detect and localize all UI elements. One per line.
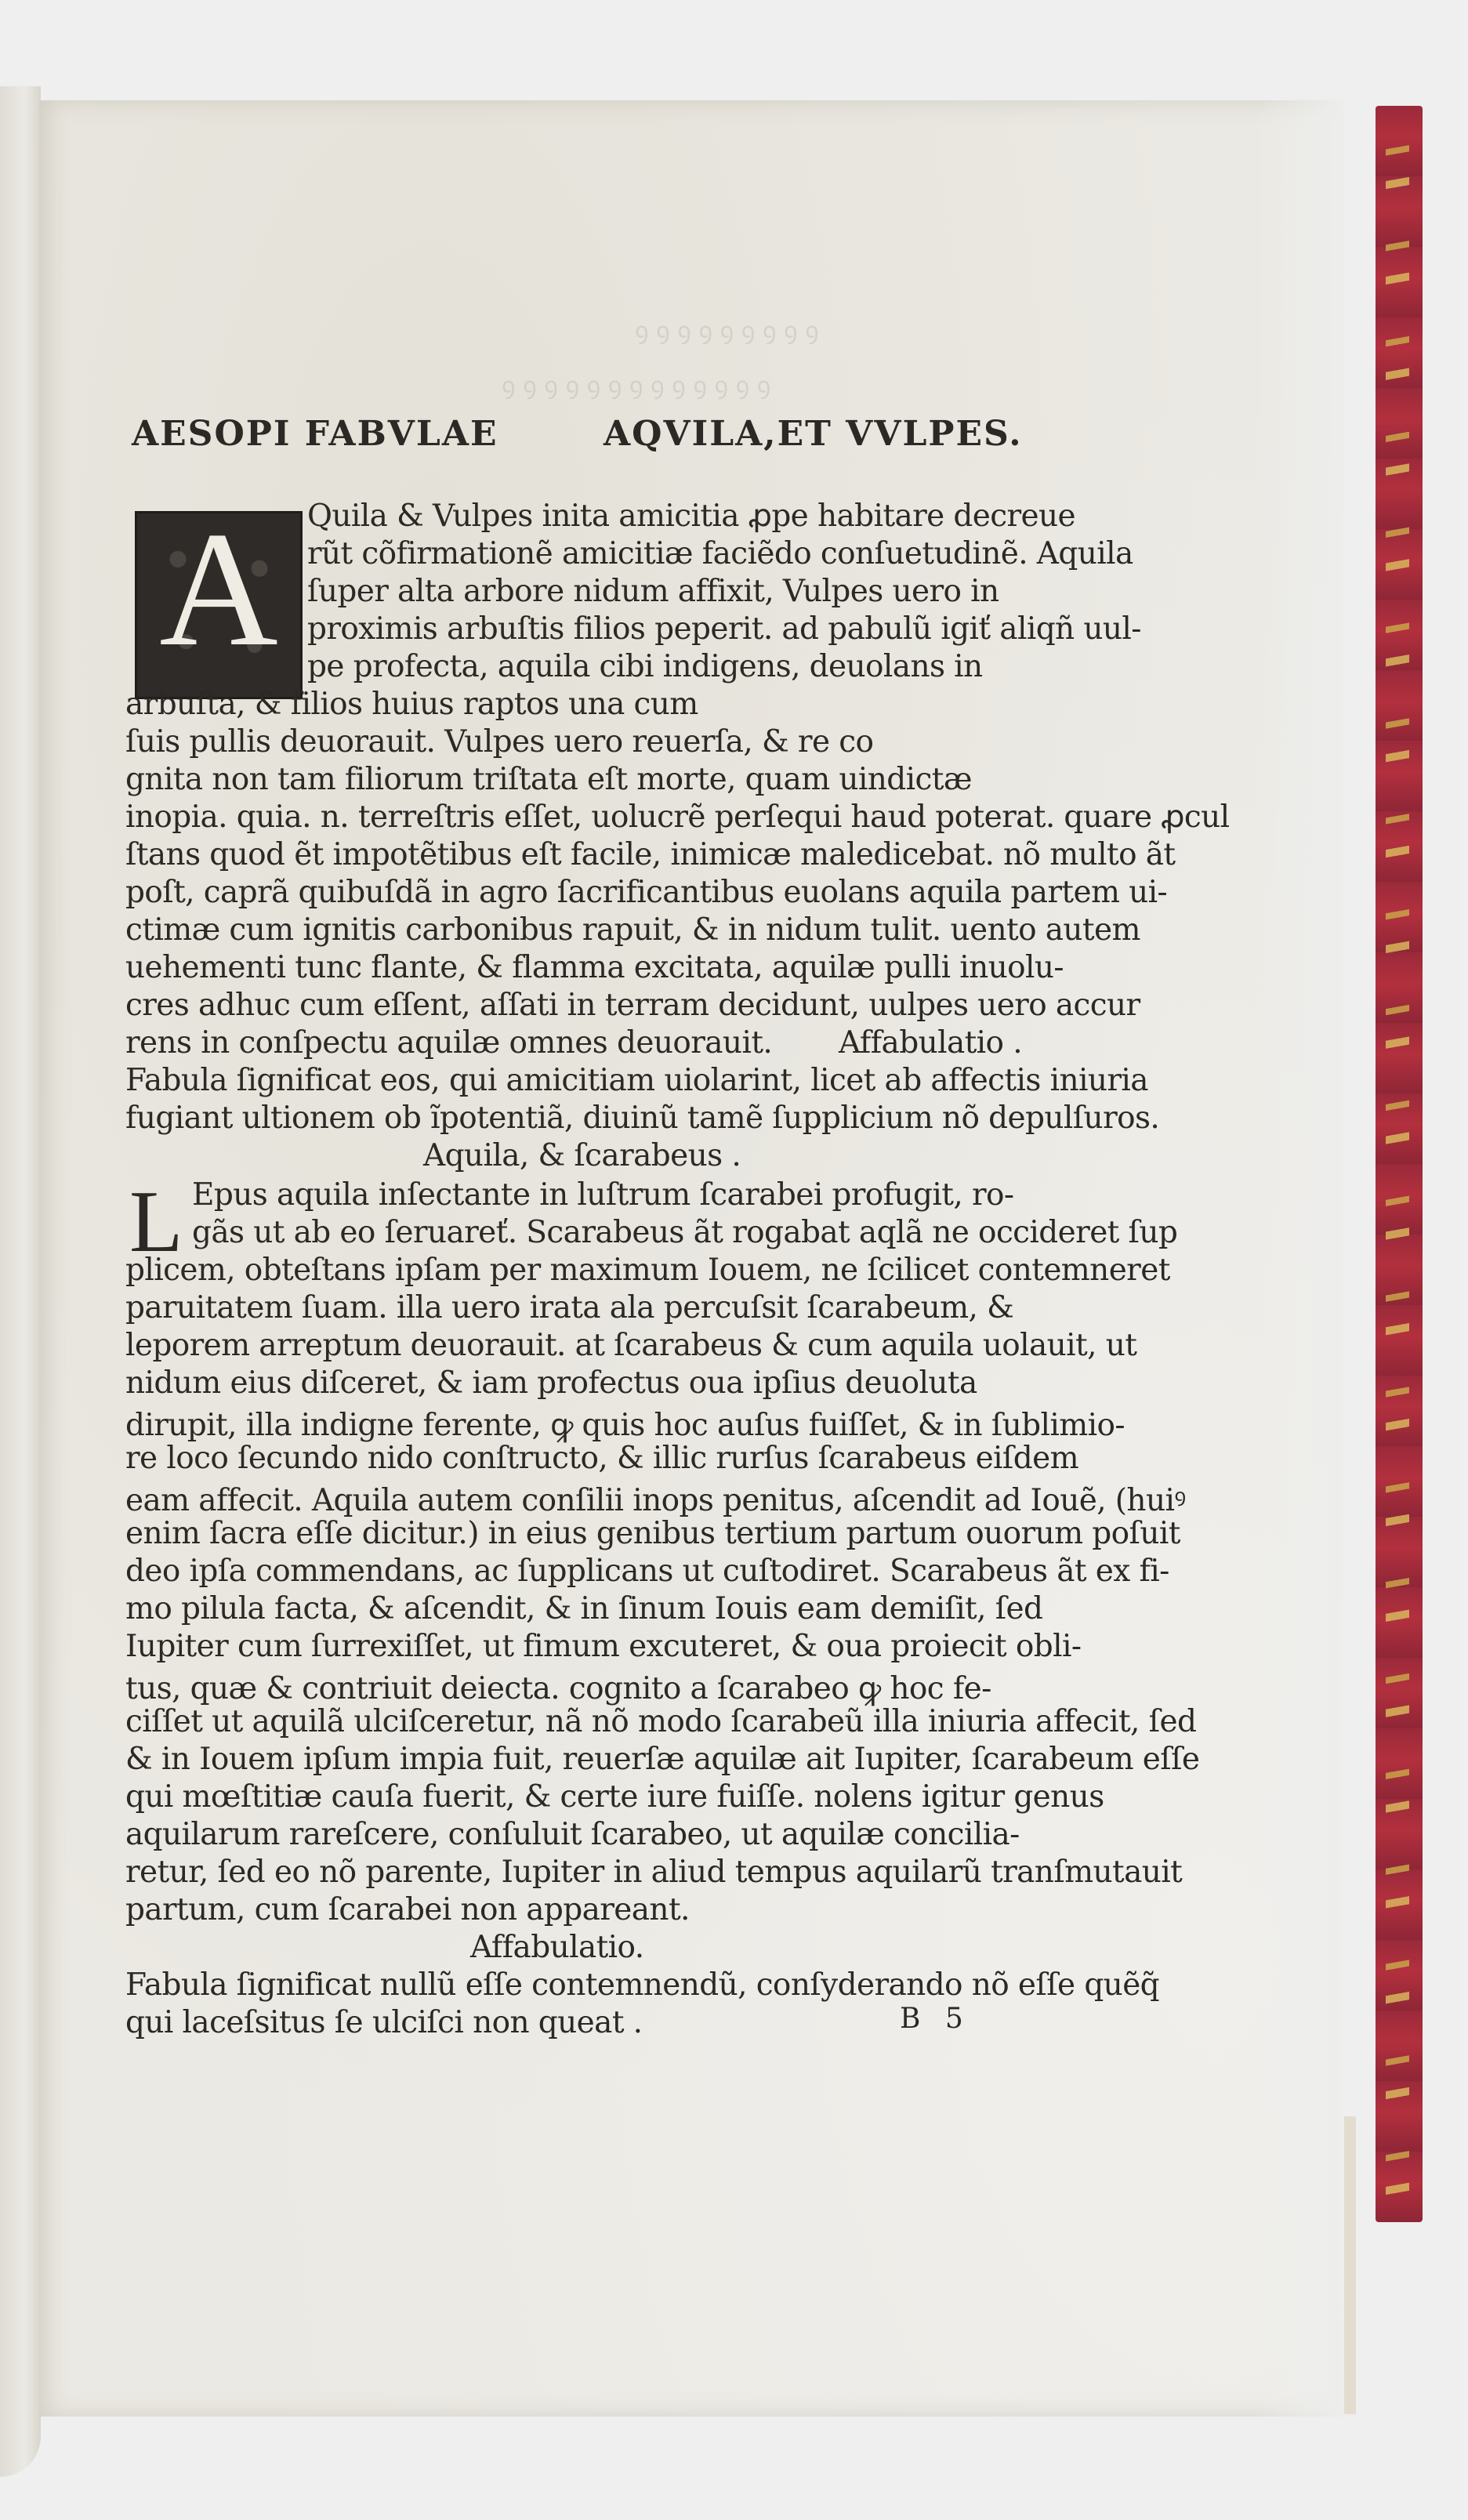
text-line: gãs ut ab eo ſeruareť. Scarabeus ãt roga… xyxy=(192,1215,1177,1250)
text-line: pe profecta, aquila cibi indigens, deuol… xyxy=(307,649,983,684)
woodcut-initial-a: A xyxy=(135,511,303,699)
left-page-edge xyxy=(0,86,41,2477)
text-line: ſtans quod ẽt impotẽtibus eſt facile, in… xyxy=(125,837,1175,872)
text-line: enim ſacra eſſe dicitur.) in eius genibu… xyxy=(125,1516,1180,1551)
running-head-right: AQVILA,ET VVLPES. xyxy=(604,414,1023,454)
text-line: mo pilula facta, & aſcendit, & in ſinum … xyxy=(125,1591,1042,1626)
text-line: rens in conſpectu aquilæ omnes deuorauit… xyxy=(125,1025,772,1061)
moral-heading: Affabulatio . xyxy=(839,1025,1022,1061)
moral-heading: Affabulatio. xyxy=(470,1930,644,1965)
text-line: Iupiter cum ſurrexiſſet, ut fimum excute… xyxy=(125,1629,1081,1664)
text-line: aquilarum rareſcere, conſuluit ſcarabeo,… xyxy=(125,1817,1020,1852)
text-line: arbuſta, & filios huius raptos una cum xyxy=(125,687,698,722)
text-line: partum, cum ſcarabei non appareant. xyxy=(125,1892,690,1927)
text-line: ſuis pullis deuorauit. Vulpes uero reuer… xyxy=(125,724,873,760)
text-line: cres adhuc cum eſſent, aſſati in terram … xyxy=(125,988,1140,1023)
text-line: ctimæ cum ignitis carbonibus rapuit, & i… xyxy=(125,912,1140,948)
show-through-text: ꝯ ꝯ ꝯ ꝯ ꝯ ꝯ ꝯ ꝯ ꝯ xyxy=(635,314,819,346)
text-line: Quila & Vulpes inita amicitia ꝓpe habita… xyxy=(307,499,1075,534)
show-through-text: ꝯ ꝯ ꝯ ꝯ ꝯ ꝯ ꝯ ꝯ ꝯ ꝯ ꝯ ꝯ ꝯ xyxy=(502,368,770,401)
text-line: ſuper alta arbore nidum affixit, Vulpes … xyxy=(307,574,999,609)
text-line: retur, ſed eo nõ parente, Iupiter in ali… xyxy=(125,1855,1182,1890)
text-line: leporem arreptum deuorauit. at ſcarabeus… xyxy=(125,1328,1136,1363)
text-line: uehementi tunc flante, & flamma excitata… xyxy=(125,950,1064,985)
text-line: tus, quæ & contriuit deiecta. cognito a … xyxy=(125,1666,991,1708)
page-right-margin xyxy=(1254,98,1344,2418)
text-line: re loco ſecundo nido conſtructo, & illic… xyxy=(125,1441,1078,1476)
moral-line: Fabula ſignificat nullũ eſſe contemnendũ… xyxy=(125,1967,1159,2003)
gilt-ornament-icon xyxy=(1386,125,1409,2203)
text-line: poſt, caprã quibuſdã in agro ſacrificant… xyxy=(125,875,1167,910)
text-line: qui mœſtitiæ cauſa fuerit, & certe iure … xyxy=(125,1779,1104,1815)
running-head-left: AESOPI FABVLAE xyxy=(132,414,498,454)
text-line: rũt cõfirmationẽ amicitiæ faciẽdo conſue… xyxy=(307,536,1133,571)
text-line: plicem, obteſtans ipſam per maximum Ioue… xyxy=(125,1253,1170,1288)
text-line: deo ipſa commendans, ac ſupplicans ut cu… xyxy=(125,1554,1169,1589)
moral-line: qui laceſsitus ſe ulciſci non queat . xyxy=(125,2005,642,2040)
text-line: gnita non tam filiorum triſtata eſt mort… xyxy=(125,762,972,797)
text-line: nidum eius diſceret, & iam profectus oua… xyxy=(125,1365,977,1401)
signature-mark: B 5 xyxy=(900,2003,971,2035)
moral-line: Fabula ſignificat eos, qui amicitiam uio… xyxy=(125,1063,1148,1098)
text-line: proximis arbuſtis filios peperit. ad pab… xyxy=(307,611,1141,647)
fable-title: Aquila, & ſcarabeus . xyxy=(423,1138,741,1173)
initial-letter: A xyxy=(137,507,300,672)
text-line: paruitatem ſuam. illa uero irata ala per… xyxy=(125,1290,1013,1325)
text-line: ciſſet ut aquilã ulciſceretur, nã nõ mod… xyxy=(125,1704,1196,1739)
text-line: & in Iouem ipſum impia fuit, reuerſæ aqu… xyxy=(125,1742,1199,1777)
moral-line: fugiant ultionem ob ĩpotentiã, diuinũ ta… xyxy=(125,1100,1159,1136)
text-line: inopia. quia. n. terreſtris eſſet, uoluc… xyxy=(125,800,1230,835)
text-line: eam affecit. Aquila autem conſilii inops… xyxy=(125,1478,1186,1520)
text-line: dirupit, illa indigne ferente, ꝙ quis ho… xyxy=(125,1403,1125,1445)
text-line: Epus aquila inſectante in luſtrum ſcarab… xyxy=(192,1177,1013,1213)
